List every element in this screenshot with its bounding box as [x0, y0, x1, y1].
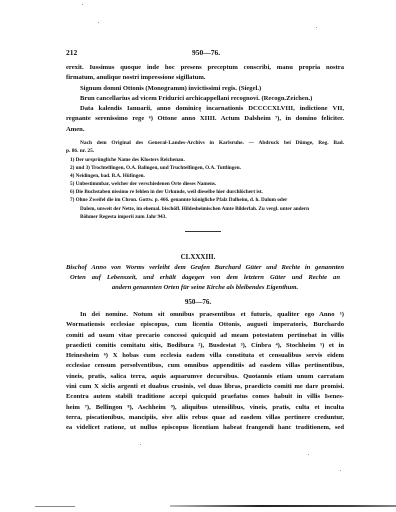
text-line: vineis, pratis, salica terra, aquis aqua…	[66, 372, 344, 382]
scan-speck	[140, 444, 141, 445]
text-line: praedicti comitis comitatu sitis, Bodibu…	[66, 341, 344, 351]
summary-line: andern genannten Orten für seine Kirche …	[66, 283, 344, 293]
text-line: Wormatiensis ecclesiae episcopus, cum li…	[66, 320, 344, 330]
scan-artifact	[35, 506, 75, 507]
charter-date: 950—76.	[0, 298, 396, 306]
scan-artifact	[170, 505, 396, 507]
preceding-charter-text: erexit. Iussimus quoque inde hoc presens…	[66, 63, 344, 135]
charter-summary: Bischof Anno von Worms verleiht dem Graf…	[66, 263, 344, 293]
scan-speck	[316, 27, 317, 28]
footnote: 7) Ohne Zweifel die im Chron. Gottw. p. …	[70, 196, 344, 204]
footnote: 2) und 3) Trochtelfingen, O.A. Balingen,…	[70, 164, 344, 172]
text-line: Brun cancellarius ad vicem Friduríci arc…	[66, 94, 344, 104]
text-line: erexit. Iussimus quoque inde hoc presens…	[66, 63, 344, 73]
scan-speck	[308, 454, 309, 455]
text-line: ea videlicet ratione, ut nullus episcopu…	[66, 423, 344, 433]
scanned-page: 212 950—76. erexit. Iussimus quoque inde…	[0, 0, 396, 512]
text-line: Signum domni Ottonis (Monogramm) invicti…	[66, 84, 344, 94]
text-line: Econtra autem stabili traditione accepi …	[66, 392, 344, 402]
text-line: In dei nomine. Notum sit omnibus praesen…	[66, 310, 344, 320]
footnote: 6) Die Buchstaben nissimo re fehlen in d…	[70, 188, 344, 196]
section-divider	[185, 231, 221, 232]
text-line: terra, piscationibus, mancipiis, sive al…	[66, 413, 344, 423]
summary-line: Bischof Anno von Worms verleiht dem Graf…	[66, 263, 344, 273]
text-line: Amen.	[66, 125, 344, 135]
text-line: firmatum, anulique nostri impressione si…	[66, 73, 344, 83]
footnotes: 1) Der ursprüngliche Name des Klosters R…	[70, 156, 344, 221]
page-header: 212 950—76.	[66, 48, 346, 58]
footnote: 4) Neidingen, bad. B.A. Hüfingen.	[70, 172, 344, 180]
charter-number: CLXXXIII.	[0, 253, 396, 261]
scan-speck	[340, 470, 341, 471]
text-line: vini cum X siclis argenti et duabus crus…	[66, 382, 344, 392]
footnote: 1) Der ursprüngliche Name des Klosters R…	[70, 156, 344, 164]
running-date-range: 950—76.	[66, 48, 346, 57]
text-line: Data kalendis Ianuarii, anno dominicę in…	[66, 104, 344, 114]
text-line: ecclesiae censum persolventibus, cum omn…	[66, 361, 344, 371]
source-note: Nach dem Original des General-Landes-Arc…	[66, 139, 344, 156]
text-line: comiti ad usum vitae precario concessi q…	[66, 331, 344, 341]
text-line: Heinesheim ⁶) X hobas cum ecclesia eadem…	[66, 351, 344, 361]
source-note-line: p. 86. nr. 25.	[66, 147, 344, 155]
footnote: Dalem, unweit der Nette, im ehemal. bisc…	[70, 205, 344, 213]
charter-body: In dei nomine. Notum sit omnibus praesen…	[66, 310, 344, 434]
footnote: Böhmer Regesta imperii zum Jahr 943.	[70, 213, 344, 221]
scan-speck	[82, 4, 83, 5]
summary-line: Orten auf Lebenszeit, und erhält dagegen…	[66, 273, 344, 283]
source-note-line: Nach dem Original des General-Landes-Arc…	[66, 139, 344, 147]
text-line: heim ⁷), Bellingon ⁸), Aschheim ⁹), aliq…	[66, 403, 344, 413]
footnote: 5) Unbestimmbar, welcher der verschieden…	[70, 180, 344, 188]
scan-speck	[98, 22, 99, 23]
text-line: regnante serenissimo rege ⁶) Ottone anno…	[66, 114, 344, 124]
